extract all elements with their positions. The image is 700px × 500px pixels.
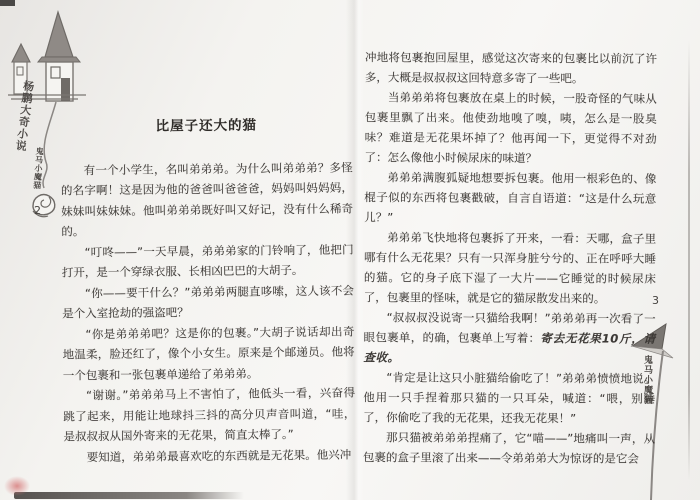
book-bottom-edge-shadow bbox=[14, 492, 244, 499]
scanned-book-spread: 杨鹏大奇小说 鬼马小魔猫 2 鬼马小魔猫 3 比屋子还大的猫 有一个小学生，名叫… bbox=[0, 0, 700, 500]
wavy-string-line bbox=[43, 102, 56, 188]
paragraph: 有一个小学生，名叫弟弟弟。为什么叫弟弟弟？多怪的名字啊！这是因为他的爸爸叫爸爸爸… bbox=[61, 157, 354, 242]
paragraph: 弟弟弟飞快地将包裹拆了开来，一看：天哪，盒子里哪有什么无花果？只有一只浑身脏兮兮… bbox=[364, 227, 656, 309]
paragraph: “你是弟弟弟吧？这是你的包裹。”大胡子说话却出奇地温柔，脸还红了，像个小女生。原… bbox=[62, 321, 355, 386]
paragraph: 弟弟弟满腹狐疑地想要拆包裹。他用一根彩色的、像棍子似的东西将包裹戳破，自言自语道… bbox=[364, 167, 656, 229]
paragraph: “你——要干什么？”弟弟弟两腿直哆嗦，这人该不会是个入室抢劫的强盗吧？ bbox=[62, 280, 354, 324]
paragraph: 那只猫被弟弟弟捏痛了，它“喵——”地痛叫一声，从包裹的盒子里滚了出来——令弟弟弟… bbox=[363, 427, 655, 469]
scan-color-smudge bbox=[4, 476, 30, 496]
paragraph-with-slip: “叔叔叔没说寄一只猫给我啊！”弟弟弟再一次看了一眼包裹单，的确，包裹单上写着：寄… bbox=[363, 307, 655, 369]
paragraph: “叮咚——”一天早晨，弟弟弟家的门铃响了，他把门打开，是一个穿绿衣服、长相凶巴巴… bbox=[61, 239, 353, 283]
left-page-number: 2 bbox=[34, 204, 41, 217]
left-page-text-block: 比屋子还大的猫 有一个小学生，名叫弟弟弟。为什么叫弟弟弟？多怪的名字啊！这是因为… bbox=[60, 114, 356, 467]
paragraph: 要知道，弟弟弟最喜欢吃的东西就是无花果。他兴冲 bbox=[64, 444, 356, 468]
paragraph: “肯定是让这只小脏猫给偷吃了！”弟弟弟愤愤地说。他用一只手捏着那只猫的一只耳朵，… bbox=[363, 367, 655, 429]
right-page-text-block: 冲地将包裹抱回屋里，感觉这次寄来的包裹比以前沉了许多，大概是叔叔叔这回特意多寄了… bbox=[363, 47, 657, 469]
paragraph: 当弟弟弟将包裹放在桌上的时候，一股奇怪的气味从包裹里飘了出来。他使劲地嗅了嗅，咦… bbox=[364, 87, 656, 169]
paragraph: “谢谢。”弟弟弟马上不害怕了，他低头一看，兴奋得跳了起来，用能让地球抖三抖的高分… bbox=[63, 382, 356, 447]
chapter-title: 比屋子还大的猫 bbox=[60, 114, 352, 138]
paragraph-continuation: 冲地将包裹抱回屋里，感觉这次寄来的包裹比以前沉了许多，大概是叔叔叔这回特意多寄了… bbox=[365, 47, 657, 89]
